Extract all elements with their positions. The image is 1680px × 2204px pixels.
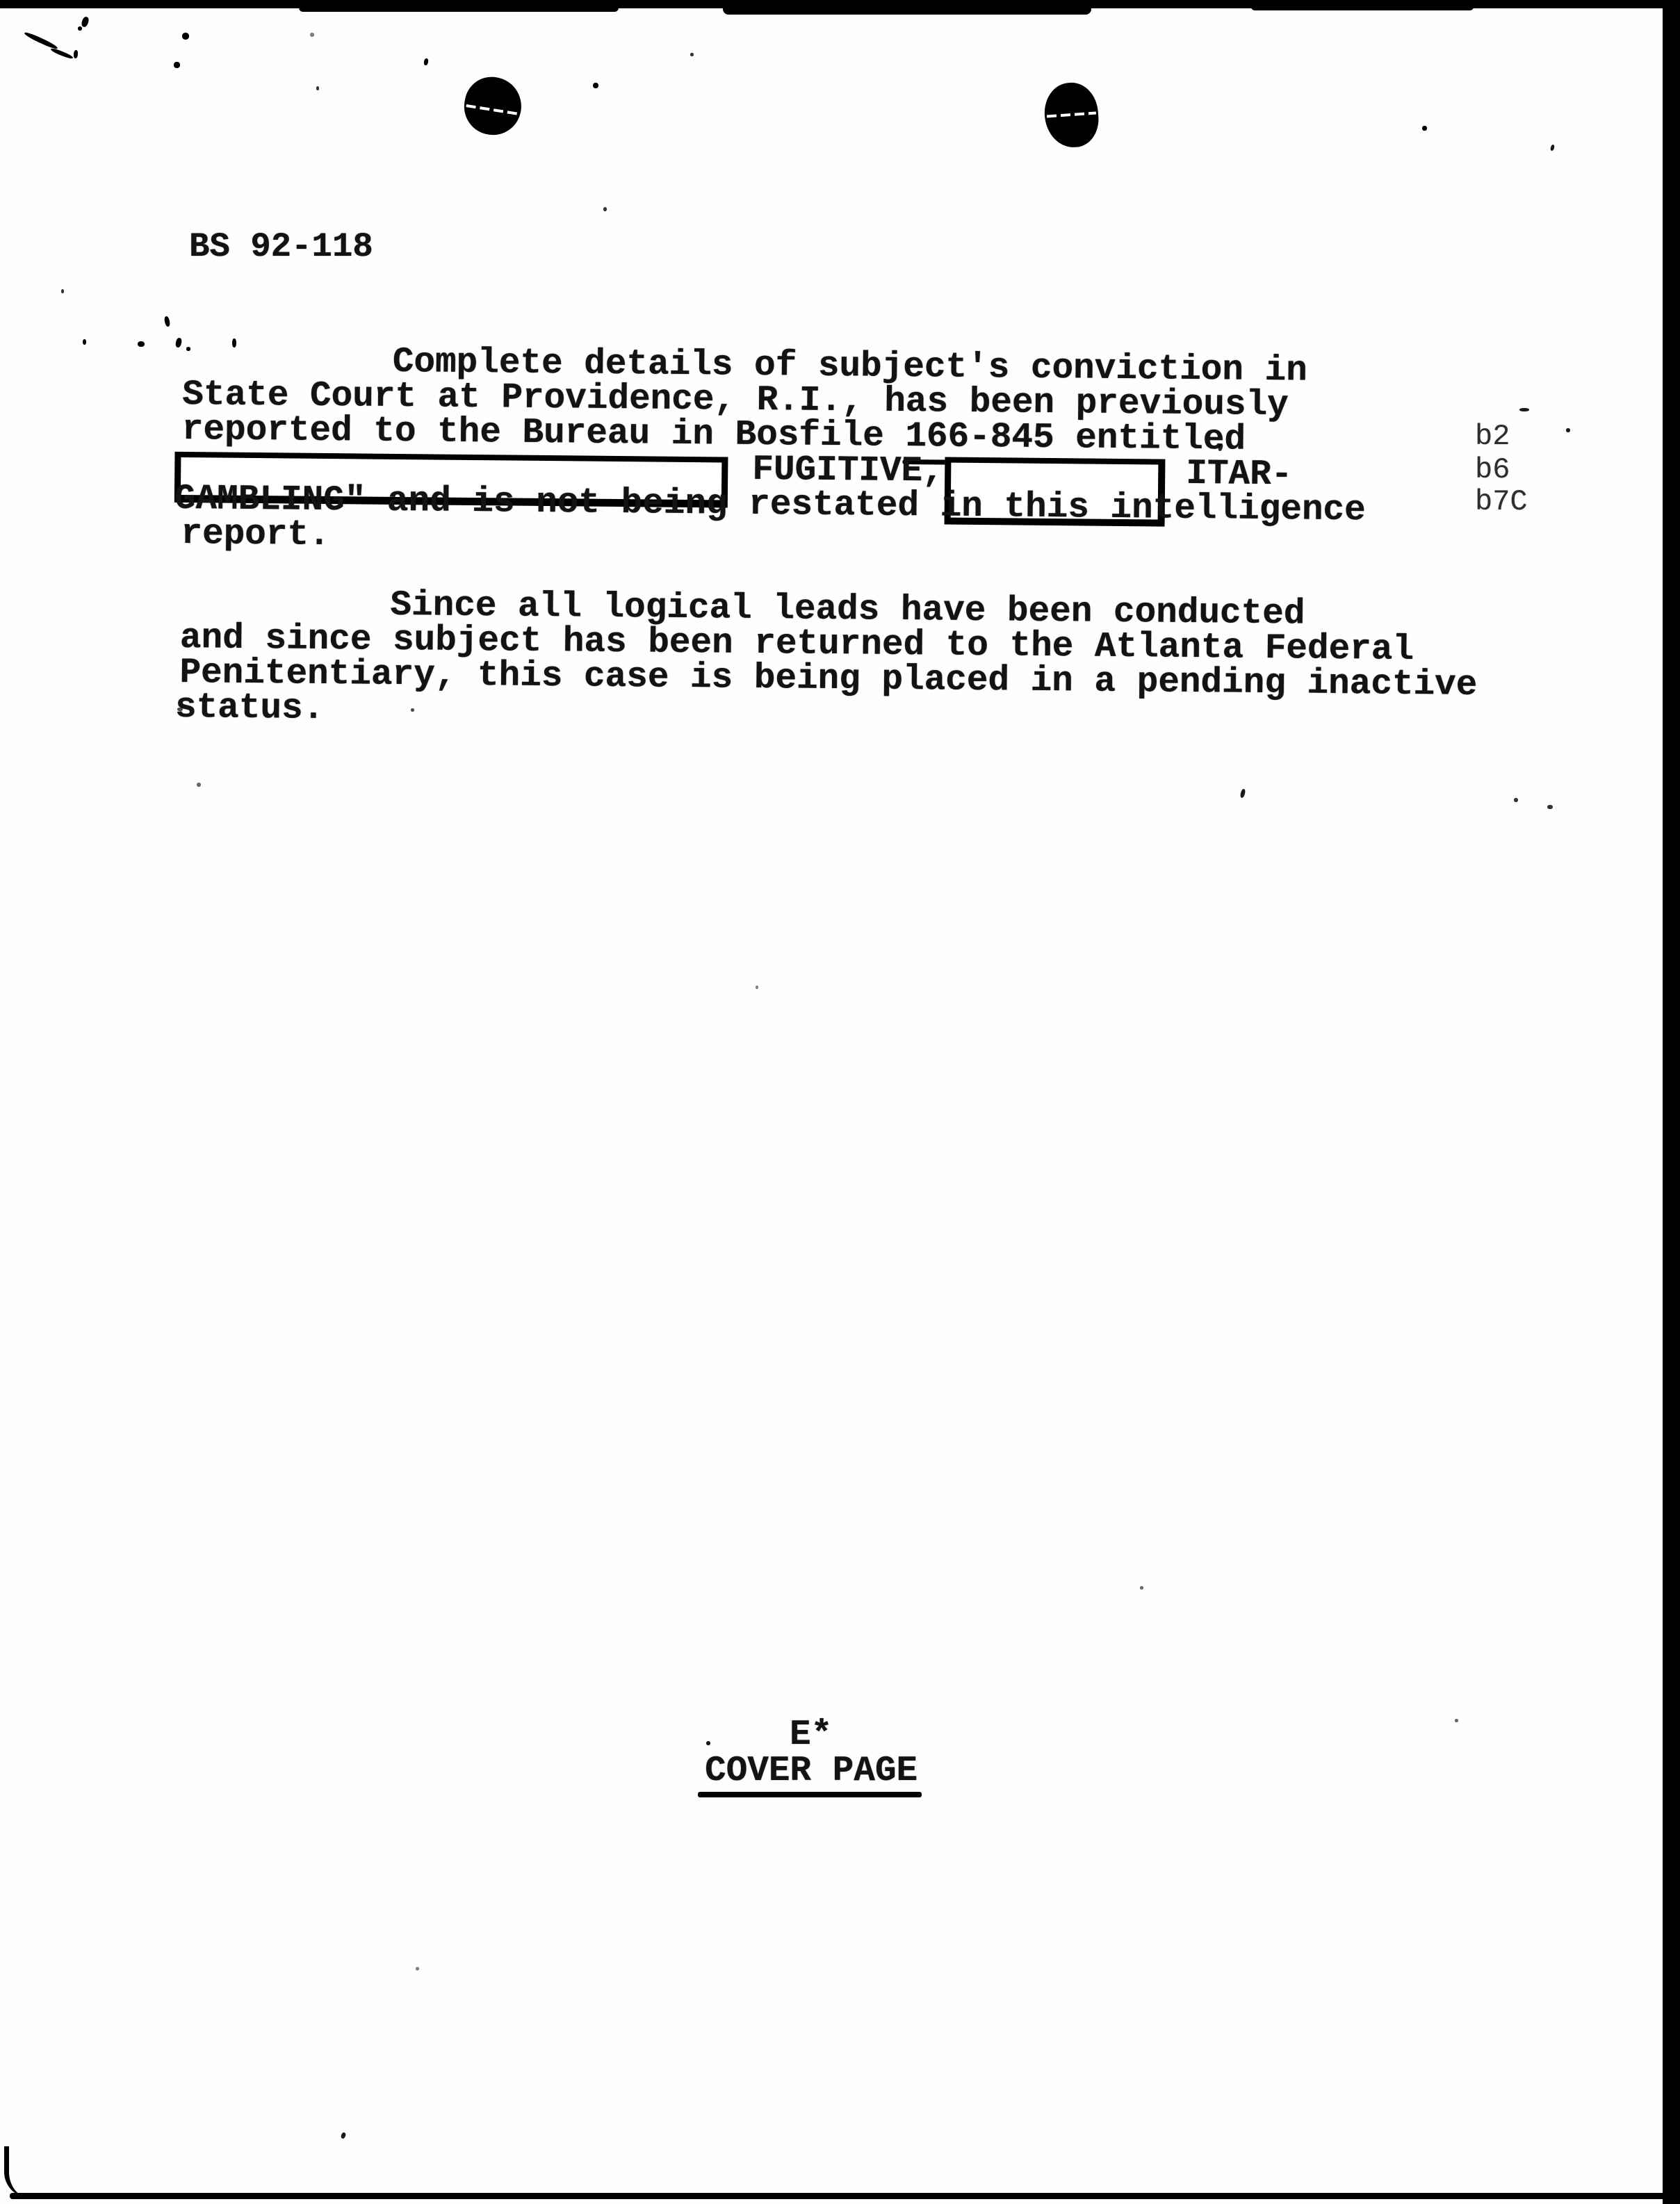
scratch-line: [1047, 111, 1096, 117]
scan-top-edge-lump: [299, 0, 619, 12]
scan-right-edge-band: [1663, 0, 1680, 2204]
scan-speck: [756, 986, 758, 989]
exemption-code-b2: b2: [1475, 422, 1510, 451]
case-number: BS 92-118: [189, 229, 373, 265]
scan-speck: [423, 58, 429, 66]
footer-underline: [698, 1792, 922, 1797]
paragraph2-line4: status.: [175, 690, 325, 727]
scan-corner-mark: [4, 2146, 30, 2198]
scan-speck: [603, 207, 607, 211]
paragraph1-line4-itar: ITAR-: [1186, 457, 1293, 493]
scan-speck: [1140, 1586, 1143, 1590]
scan-speck: [1455, 1719, 1458, 1722]
scan-bottom-edge-line: [10, 2193, 1680, 2199]
scan-top-edge-lump: [1251, 0, 1474, 10]
scan-speck: [310, 33, 314, 37]
scan-speck: [316, 86, 319, 90]
paragraph1-line6: report.: [181, 516, 330, 553]
hole-punch-mark: [1043, 81, 1100, 149]
scan-speck: [73, 50, 78, 58]
exemption-code-b6: b6: [1475, 455, 1510, 484]
paragraph1-line5: GAMBLING" and is not being restated in t…: [174, 482, 1366, 528]
scan-speck: [1519, 408, 1529, 411]
scan-speck: [186, 347, 190, 351]
scan-top-edge-lump: [723, 0, 1091, 15]
scan-speck: [416, 1967, 419, 1970]
scan-speck: [232, 338, 236, 348]
paragraph1-line3: reported to the Bureau in Bosfile 166-84…: [182, 412, 1246, 458]
scan-speck: [593, 83, 598, 88]
scan-speck: [174, 62, 180, 68]
scan-speck: [138, 341, 145, 347]
scan-speck: [1550, 145, 1555, 152]
paragraph1-line4-fugitive: FUGITIVE,: [752, 452, 944, 490]
scanned-document-page: BS 92-118 Complete details of subject's …: [0, 0, 1680, 2204]
scan-speck: [706, 1741, 710, 1745]
scan-speck: [50, 47, 74, 60]
scan-speck: [1422, 126, 1427, 131]
footer-classification: E*: [790, 1717, 832, 1753]
scan-speck: [83, 339, 86, 345]
scan-speck: [177, 708, 183, 711]
scan-speck: [182, 33, 189, 40]
exemption-code-b7c: b7C: [1475, 487, 1528, 516]
scan-speck: [78, 26, 82, 31]
scan-speck: [61, 289, 64, 293]
scan-speck: [164, 316, 171, 327]
scan-speck: [1514, 798, 1518, 802]
scratch-line: [466, 104, 519, 115]
scan-speck: [411, 708, 414, 712]
scan-speck: [24, 31, 58, 50]
scan-speck: [175, 337, 183, 348]
scan-speck: [81, 16, 90, 28]
scan-speck: [1547, 805, 1553, 809]
scan-speck: [341, 2132, 347, 2139]
scan-speck: [197, 783, 201, 787]
scan-speck: [1240, 788, 1246, 798]
scan-speck: [1566, 428, 1570, 432]
hole-punch-mark: [460, 73, 525, 139]
footer-cover-page-label: COVER PAGE: [705, 1754, 918, 1789]
scan-speck: [690, 53, 694, 56]
